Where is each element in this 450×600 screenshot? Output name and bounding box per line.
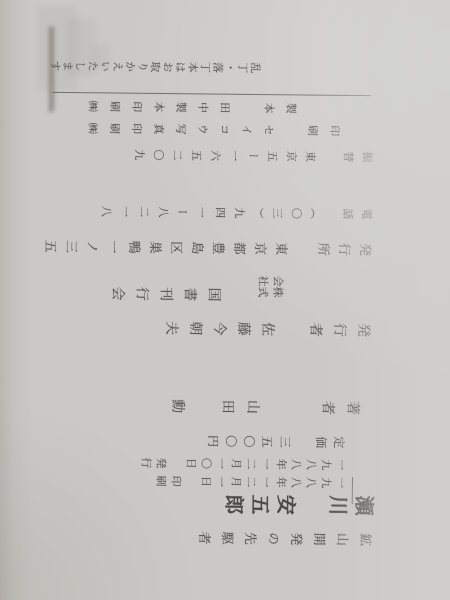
defective-copy-notice: 乱丁・落丁本はお取りかえいたします xyxy=(49,60,262,73)
company-type-block: 株式会社 xyxy=(250,269,284,297)
colophon-page: 鉱山開発の先駆者 瀬川 安五郎 一九八八年一二月一日 印刷 一九八八年一二月一〇… xyxy=(0,0,450,600)
postal-transfer-line: 振替 東京五ー一六五二〇九 xyxy=(126,149,373,163)
book-colophon-photo: 鉱山開発の先駆者 瀬川 安五郎 一九八八年一二月一日 印刷 一九八八年一二月一〇… xyxy=(0,0,450,600)
title-separator-rule xyxy=(351,477,353,504)
price-line: 定価 三五〇〇円 xyxy=(201,434,345,448)
section-separator-rule xyxy=(53,92,371,97)
publishing-house-name: 国書刊行会 xyxy=(102,285,222,300)
book-subtitle: 鉱山開発の先駆者 xyxy=(188,529,372,544)
publishing-house-address: 発行所 東京都豊島区巣鴨一ノ三五 xyxy=(36,238,372,255)
print-date-line: 一九八八年一二月一日 印刷 xyxy=(152,475,347,488)
printer-line: 印刷 セイコウ写真印刷㈱ xyxy=(77,122,341,136)
publish-date-line: 一九八八年一二月一〇日 発行 xyxy=(137,457,347,470)
author-line: 著者 山田 勳 xyxy=(161,398,361,414)
binder-line: 製本 田中製本印刷㈱ xyxy=(77,100,297,113)
publisher-line: 発行者 佐藤今朝夫 xyxy=(155,320,371,336)
phone-line: 電話 （〇三）九四一ー八二一八 xyxy=(93,205,373,219)
